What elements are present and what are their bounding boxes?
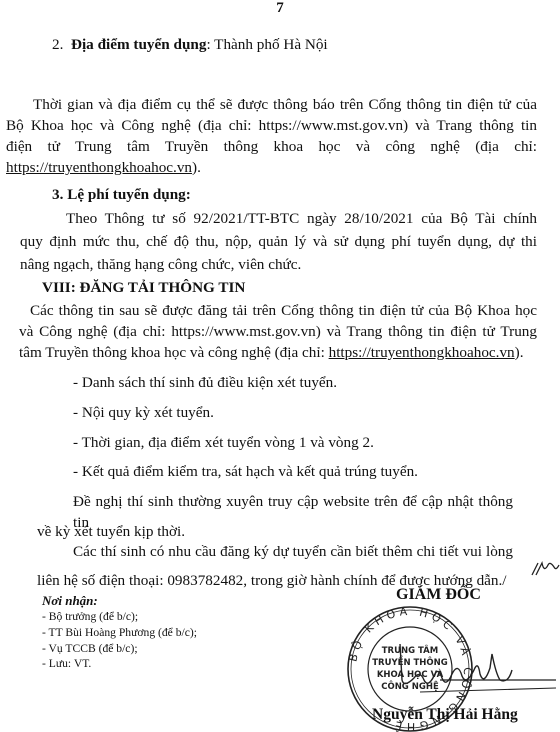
recipients-label: Nơi nhận: xyxy=(42,593,98,608)
link-suffix: ). xyxy=(192,159,201,176)
paragraph-time-place-line-4: https://truyenthongkhoahoc.vn). xyxy=(6,157,201,178)
list-item: - Nội quy kỳ xét tuyển. xyxy=(73,402,214,423)
section-3-line-1: Theo Thông tư số 92/2021/TT-BTC ngày 28/… xyxy=(66,208,537,229)
paragraph-time-place-line-3: điện tử Trung tâm Truyền thông khoa học … xyxy=(6,136,537,157)
section-3-line-3: nâng ngạch, thăng hạng công chức, viên c… xyxy=(20,254,301,275)
section-8-intro-text: tâm Truyền thông khoa học và công nghệ (… xyxy=(19,344,329,361)
advice-line-2: về kỳ xét tuyển kịp thời. xyxy=(37,521,185,542)
recipient-item: - TT Bùi Hoàng Phương (để b/c); xyxy=(42,625,197,640)
contact-line-1: Các thí sinh có nhu cầu đăng ký dự tuyển… xyxy=(73,541,513,562)
paragraph-time-place-line-1: Thời gian và địa điểm cụ thể sẽ được thô… xyxy=(33,94,537,115)
signer-title: GIÁM ĐỐC xyxy=(396,586,481,604)
recipient-item: - Lưu: VT. xyxy=(42,656,91,671)
list-item: - Danh sách thí sinh đủ điều kiện xét tu… xyxy=(73,372,337,393)
page-number: 7 xyxy=(0,0,560,17)
section-2-heading: 2. Địa điểm tuyển dụng: Thành phố Hà Nội xyxy=(52,34,328,55)
handwritten-signature-icon xyxy=(380,640,560,700)
list-item: - Thời gian, địa điểm xét tuyển vòng 1 v… xyxy=(73,432,374,453)
section-8-intro-line-3: tâm Truyền thông khoa học và công nghệ (… xyxy=(19,342,524,363)
signer-name: Nguyễn Thị Hải Hằng xyxy=(372,706,518,724)
section-2-label: Địa điểm tuyển dụng xyxy=(71,36,206,53)
truyenthong-link[interactable]: https://truyenthongkhoahoc.vn xyxy=(6,159,192,176)
section-3-line-2: quy định mức thu, chế độ thu, nộp, quản … xyxy=(20,231,537,252)
section-8-intro-line-2: và Công nghệ (địa chỉ: https://www.mst.g… xyxy=(19,321,537,342)
paragraph-time-place-line-2: Bộ Khoa học và Công nghệ (địa chỉ: https… xyxy=(6,115,537,136)
recipient-item: - Vụ TCCB (để b/c); xyxy=(42,641,138,656)
link-suffix-2: ). xyxy=(515,344,524,361)
section-2-value: : Thành phố Hà Nội xyxy=(206,36,327,53)
initials-mark-icon xyxy=(530,559,560,579)
section-8-heading: VIII: ĐĂNG TẢI THÔNG TIN xyxy=(42,277,245,298)
section-2-number: 2. xyxy=(52,36,63,53)
truyenthong-link-2[interactable]: https://truyenthongkhoahoc.vn xyxy=(329,344,515,361)
section-8-intro-line-1: Các thông tin sau sẽ được đăng tải trên … xyxy=(30,300,537,321)
section-3-heading: 3. Lệ phí tuyển dụng: xyxy=(52,184,191,205)
recipient-item: - Bộ trưởng (để b/c); xyxy=(42,609,138,624)
list-item: - Kết quả điểm kiểm tra, sát hạch và kết… xyxy=(73,461,418,482)
